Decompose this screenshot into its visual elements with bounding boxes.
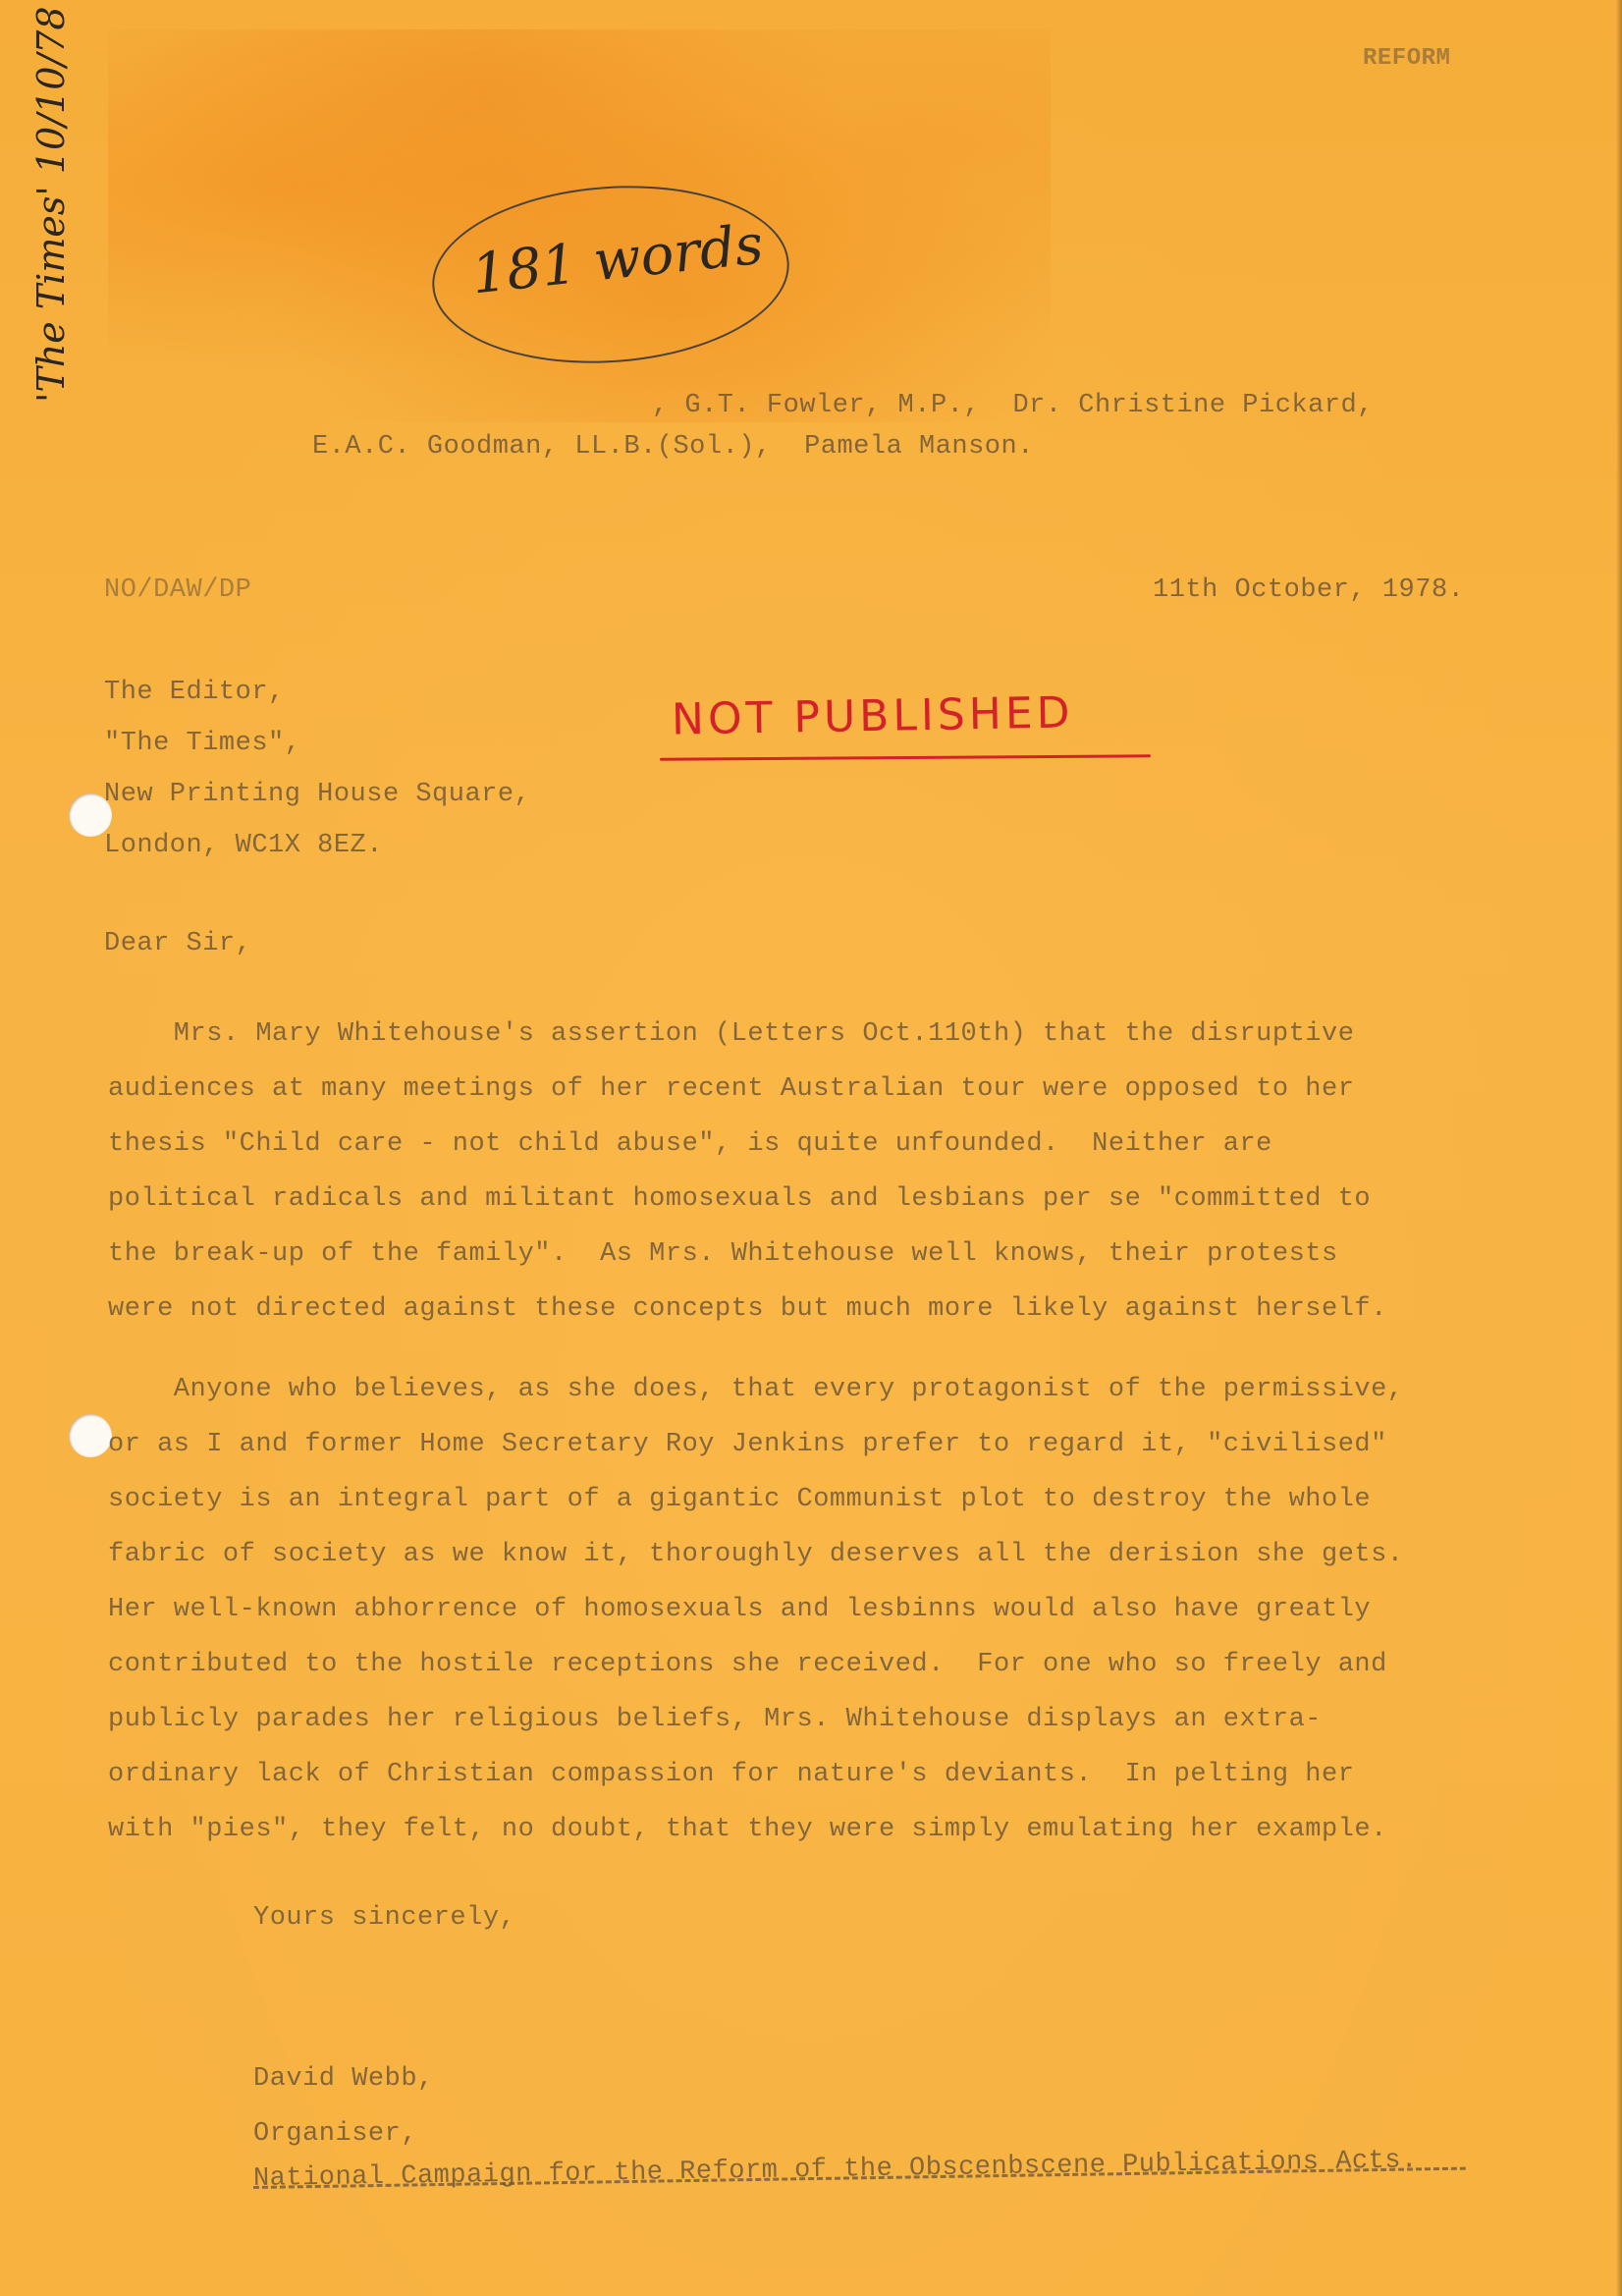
paragraph-2-line: society is an integral part of a giganti… <box>108 1485 1371 1514</box>
paragraph-2-line: Anyone who believes, as she does, that e… <box>108 1375 1404 1404</box>
punch-hole-top <box>69 793 112 837</box>
paragraph-2-line: Her well-known abhorrence of homosexuals… <box>108 1595 1371 1624</box>
not-published-underline <box>660 754 1151 760</box>
paragraph-1-line: audiences at many meetings of her recent… <box>108 1074 1354 1104</box>
letter-page: REFORM , G.T. Fowler, M.P., Dr. Christin… <box>0 0 1622 2296</box>
paragraph-2-line: contributed to the hostile receptions sh… <box>108 1650 1387 1679</box>
patrons-line-1: , G.T. Fowler, M.P., Dr. Christine Picka… <box>652 391 1374 420</box>
salutation: Dear Sir, <box>104 929 251 958</box>
paragraph-1-line: thesis "Child care - not child abuse", i… <box>108 1129 1272 1159</box>
punch-hole-bottom <box>69 1414 112 1457</box>
signatory-title: Organiser, <box>253 2119 417 2149</box>
letter-date: 11th October, 1978. <box>1153 575 1464 605</box>
margin-note: 'The Times' 10/10/78 <box>29 6 73 403</box>
recipient-line-4: London, WC1X 8EZ. <box>104 831 383 860</box>
recipient-line-3: New Printing House Square, <box>104 780 530 809</box>
patrons-line-2: E.A.C. Goodman, LL.B.(Sol.), Pamela Mans… <box>312 432 1034 462</box>
recipient-line-2: "The Times", <box>104 729 300 758</box>
letterhead-partial: REFORM <box>1363 45 1450 72</box>
paragraph-2-line: publicly parades her religious beliefs, … <box>108 1705 1322 1734</box>
paragraph-1-line: Mrs. Mary Whitehouse's assertion (Letter… <box>108 1019 1354 1049</box>
page-edge-shadow <box>1616 0 1622 2296</box>
paragraph-2-line: ordinary lack of Christian compassion fo… <box>108 1760 1354 1789</box>
paragraph-1-line: the break-up of the family". As Mrs. Whi… <box>108 1239 1338 1269</box>
paragraph-2-line: with "pies", they felt, no doubt, that t… <box>108 1815 1387 1844</box>
paragraph-1-line: were not directed against these concepts… <box>108 1294 1387 1324</box>
closing: Yours sincerely, <box>253 1903 515 1933</box>
not-published-stamp: NOT PUBLISHED <box>672 687 1074 744</box>
recipient-line-1: The Editor, <box>104 678 285 707</box>
paragraph-2-line: or as I and former Home Secretary Roy Je… <box>108 1430 1387 1459</box>
paragraph-1-line: political radicals and militant homosexu… <box>108 1184 1371 1214</box>
signatory-name: David Webb, <box>253 2064 434 2094</box>
paragraph-2-line: fabric of society as we know it, thoroug… <box>108 1540 1404 1569</box>
reference-code: NO/DAW/DP <box>104 575 251 605</box>
